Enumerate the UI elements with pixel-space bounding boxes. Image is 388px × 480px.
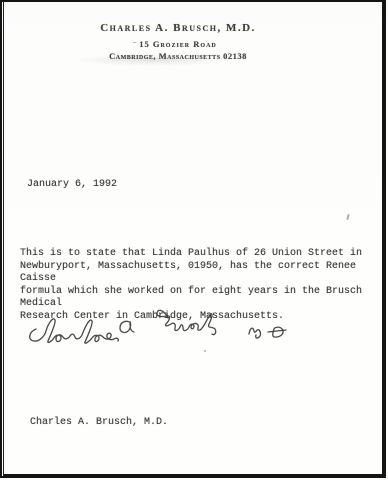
scanned-letter: Charles A. Brusch, M.D. 15 Grozier Road … xyxy=(0,0,388,480)
scan-border-inner xyxy=(3,1,384,476)
